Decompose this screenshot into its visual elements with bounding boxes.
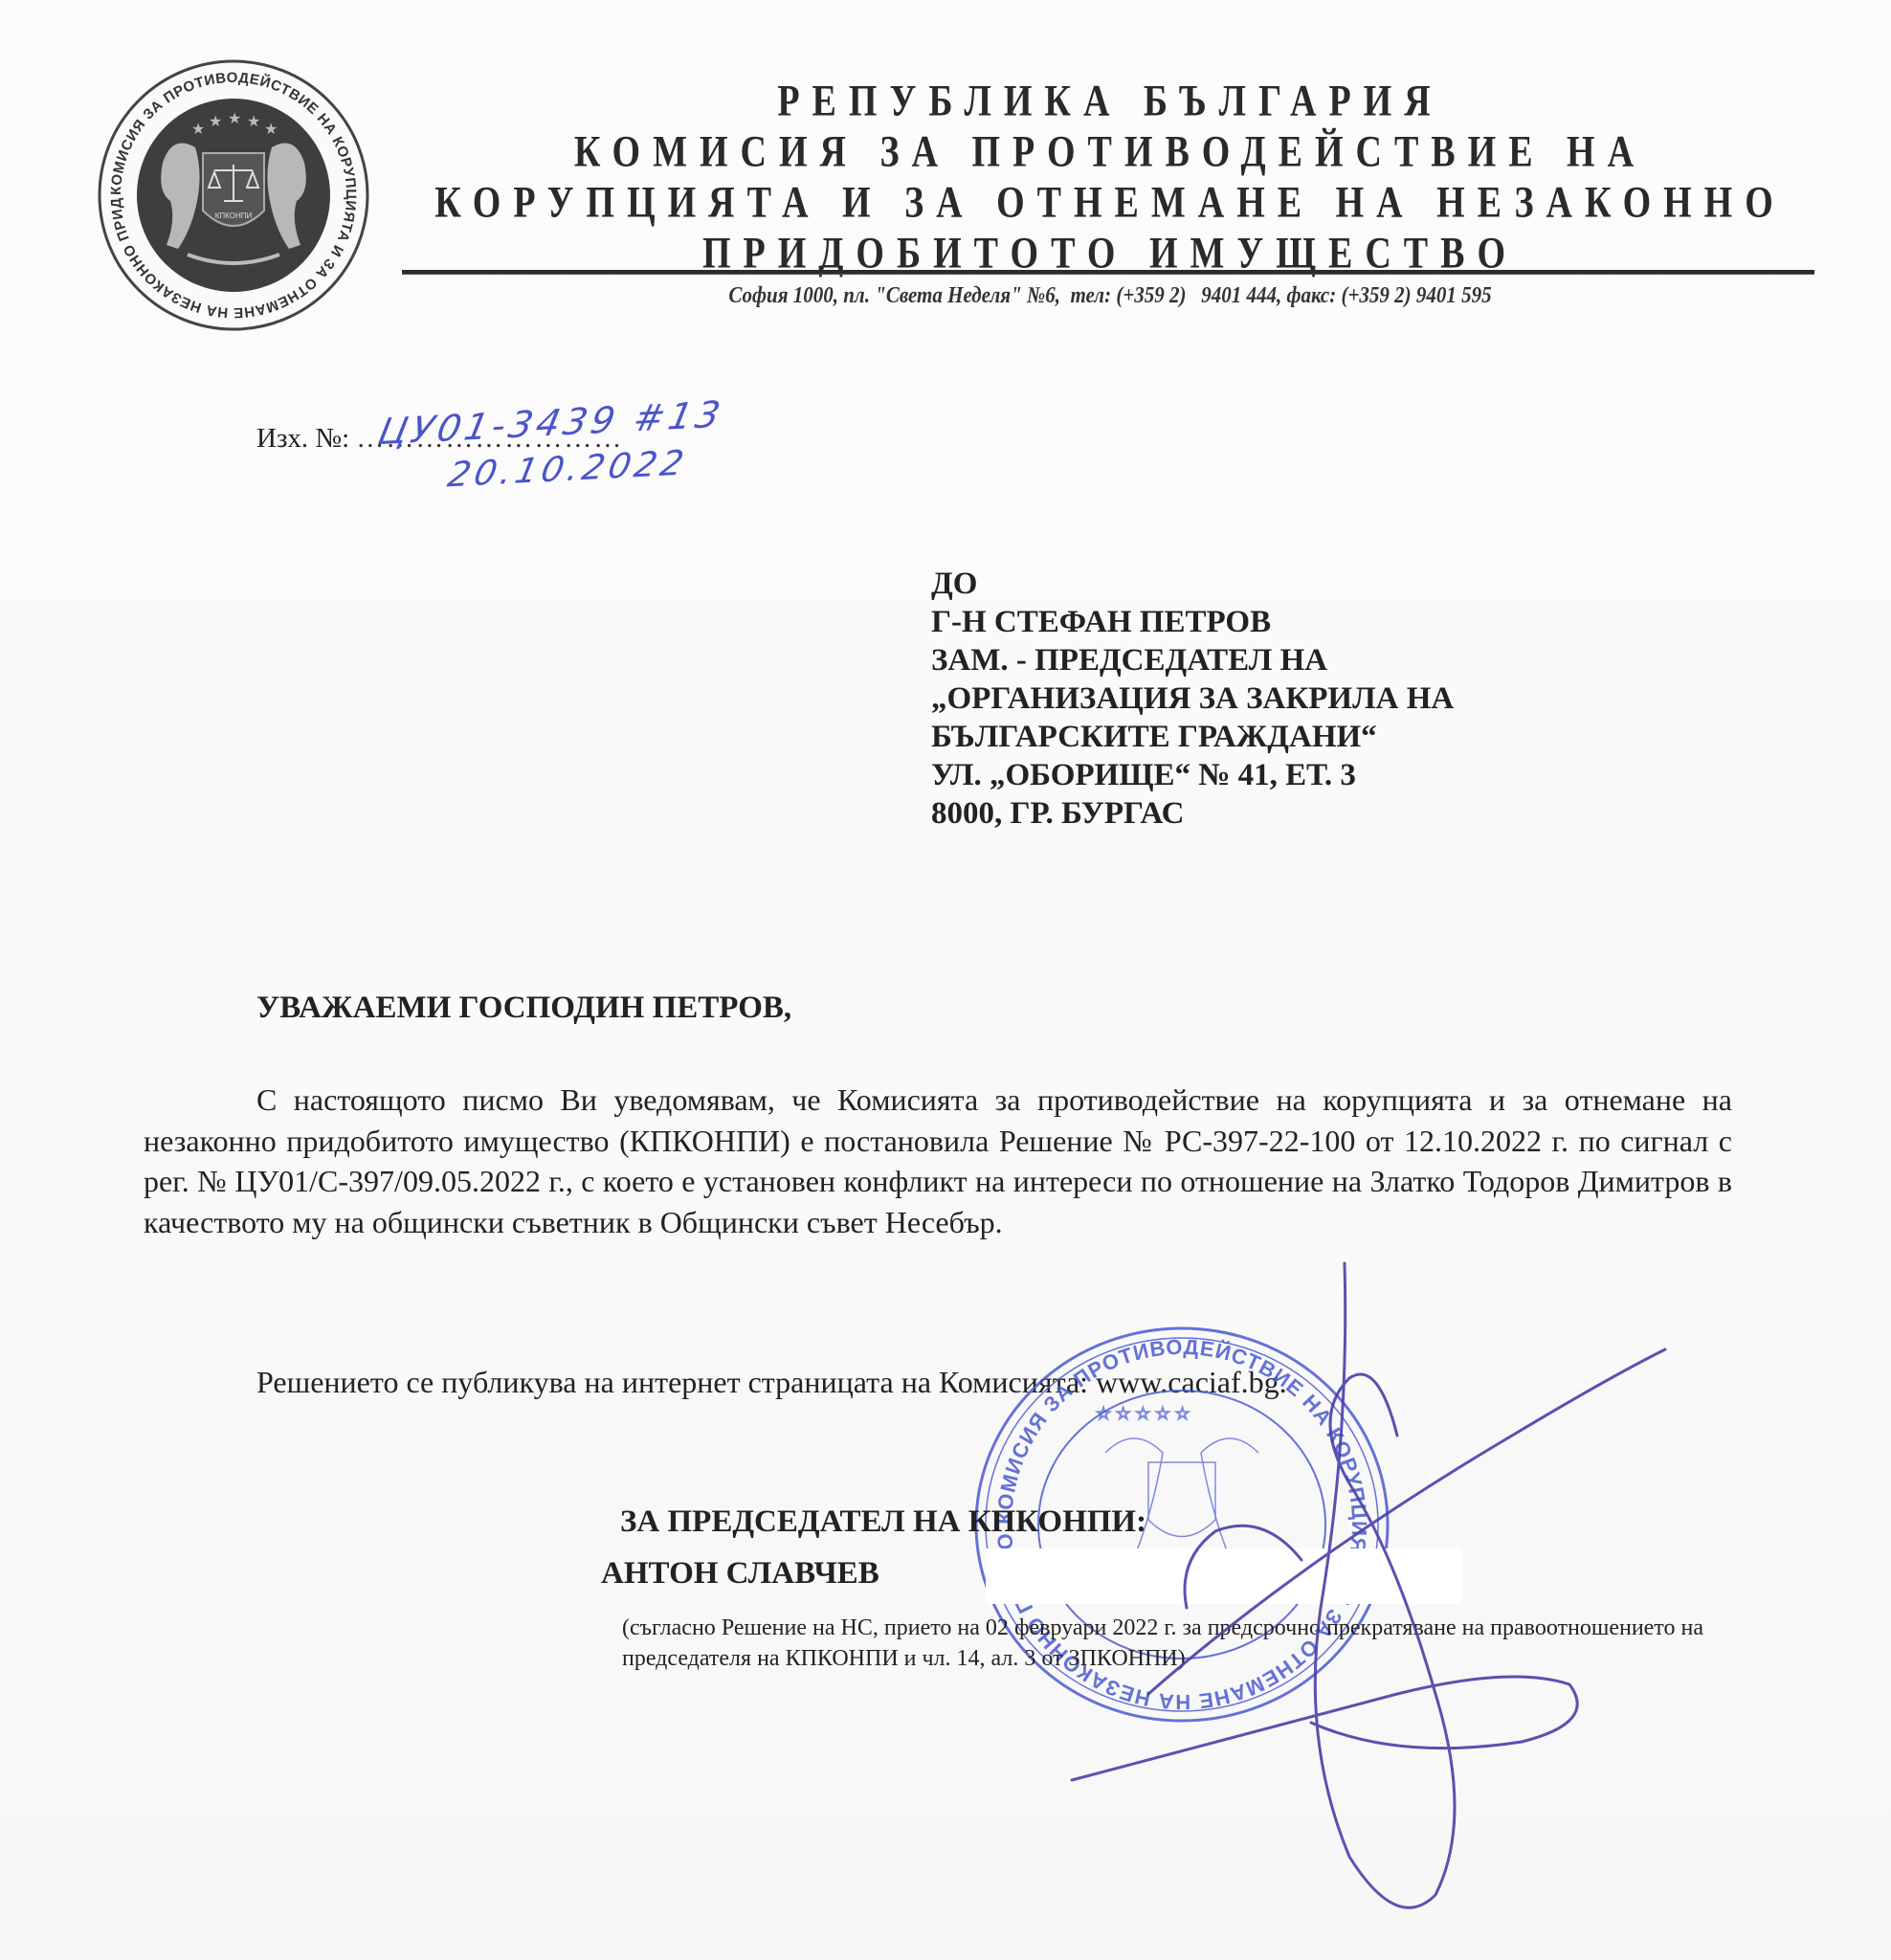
signatory-name: АНТОН СЛАВЧЕВ — [601, 1556, 879, 1592]
svg-text:☆ ☆ ☆ ☆ ☆: ☆ ☆ ☆ ☆ ☆ — [1096, 1404, 1190, 1423]
letterhead-line-commission-2: КОРУПЦИЯТА И ЗА ОТНЕМАНЕ НА НЕЗАКОННО — [402, 178, 1818, 228]
addressee-organization-1: „ОРГАНИЗАЦИЯ ЗА ЗАКРИЛА НА — [931, 679, 1454, 718]
signatory-authority-note: (съгласно Решение на НС, прието на 02 фе… — [622, 1613, 1703, 1674]
addressee-street: УЛ. „ОБОРИЩЕ“ № 41, ЕТ. 3 — [931, 756, 1454, 794]
body-paragraph-decision: С настоящото писмо Ви уведомявам, че Ком… — [144, 1080, 1732, 1242]
website-link[interactable]: www.caciaf.bg — [1096, 1365, 1279, 1399]
letterhead-line-country: РЕПУБЛИКА БЪЛГАРИЯ — [402, 77, 1818, 126]
letterhead: РЕПУБЛИКА БЪЛГАРИЯ КОМИСИЯ ЗА ПРОТИВОДЕЙ… — [402, 77, 1818, 279]
svg-text:★: ★ — [228, 111, 241, 127]
body-paragraph-publication: Решението се публикува на интернет стран… — [256, 1365, 1287, 1400]
letterhead-divider — [402, 270, 1814, 275]
svg-text:КПКОНПИ: КПКОНПИ — [215, 212, 253, 220]
letter-page: КОМИСИЯ ЗА ПРОТИВОДЕЙСТВИЕ НА КОРУПЦИЯТА… — [0, 0, 1891, 1960]
addressee-to: ДО — [931, 565, 1454, 603]
svg-text:★: ★ — [209, 114, 222, 130]
signatory-title: ЗА ПРЕДСЕДАТЕЛ НА КПКОНПИ: — [620, 1504, 1146, 1540]
addressee-name: Г-Н СТЕФАН ПЕТРОВ — [931, 603, 1454, 641]
salutation: УВАЖАЕМИ ГОСПОДИН ПЕТРОВ, — [256, 991, 791, 1026]
publication-period: . — [1279, 1365, 1287, 1399]
addressee-organization-2: БЪЛГАРСКИТЕ ГРАЖДАНИ“ — [931, 718, 1454, 756]
svg-text:★: ★ — [264, 122, 278, 138]
outgoing-number-label: Изх. №: — [256, 423, 349, 454]
letterhead-address: София 1000, пл. "Света Неделя" №6, тел: … — [402, 281, 1818, 309]
addressee-block: ДО Г-Н СТЕФАН ПЕТРОВ ЗАМ. - ПРЕДСЕДАТЕЛ … — [931, 565, 1454, 833]
svg-text:★: ★ — [247, 114, 260, 130]
redaction-box — [986, 1548, 1462, 1604]
letterhead-line-commission-1: КОМИСИЯ ЗА ПРОТИВОДЕЙСТВИЕ НА — [402, 127, 1818, 177]
addressee-position: ЗАМ. - ПРЕДСЕДАТЕЛ НА — [931, 641, 1454, 679]
addressee-city: 8000, ГР. БУРГАС — [931, 794, 1454, 833]
publication-text: Решението се публикува на интернет стран… — [256, 1365, 1096, 1399]
svg-text:★: ★ — [191, 122, 205, 138]
commission-seal-icon: КОМИСИЯ ЗА ПРОТИВОДЕЙСТВИЕ НА КОРУПЦИЯТА… — [96, 57, 371, 333]
